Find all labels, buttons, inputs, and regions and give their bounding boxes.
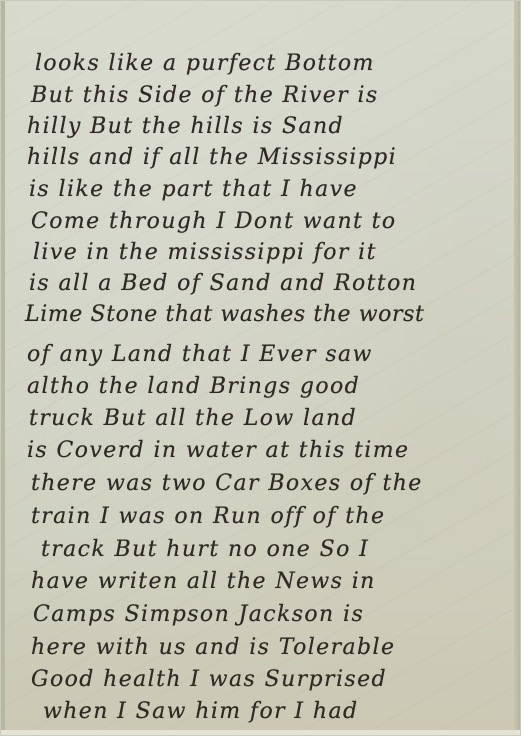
handwritten-line: Lime Stone that washes the worst <box>25 304 510 326</box>
handwritten-line: track But hurt no one So I <box>41 539 510 561</box>
handwritten-line: hilly But the hills is Sand <box>27 116 510 138</box>
handwritten-line: But this Side of the River is <box>31 85 510 107</box>
handwritten-line: altho the land Brings good <box>27 376 510 398</box>
handwritten-line: is like the part that I have <box>29 179 510 201</box>
handwritten-line: Camps Simpson Jackson is <box>33 604 510 626</box>
handwritten-line: live in the mississippi for it <box>33 242 510 264</box>
handwritten-line: is all a Bed of Sand and Rotton <box>29 273 510 295</box>
handwritten-line: looks like a purfect Bottom <box>35 53 510 75</box>
handwritten-line: Good health I was Surprised <box>31 669 510 691</box>
handwritten-line: here with us and is Tolerable <box>31 637 510 659</box>
paper-left-edge <box>1 1 5 735</box>
handwritten-line: is Coverd in water at this time <box>27 440 510 462</box>
handwritten-line: there was two Car Boxes of the <box>31 473 510 495</box>
handwritten-line: train I was on Run off of the <box>31 506 510 528</box>
handwritten-line: Come through I Dont want to <box>31 211 510 233</box>
paper-bottom-edge <box>1 730 520 735</box>
letter-page: looks like a purfect Bottom But this Sid… <box>1 1 520 735</box>
handwritten-line: truck But all the Low land <box>29 408 510 430</box>
handwritten-line: have writen all the News in <box>31 571 510 593</box>
handwritten-line: of any Land that I Ever saw <box>27 344 510 366</box>
handwritten-line: when I Saw him for I had <box>43 701 510 723</box>
handwritten-line: hills and if all the Mississippi <box>27 147 510 169</box>
paper-right-edge <box>514 1 520 735</box>
